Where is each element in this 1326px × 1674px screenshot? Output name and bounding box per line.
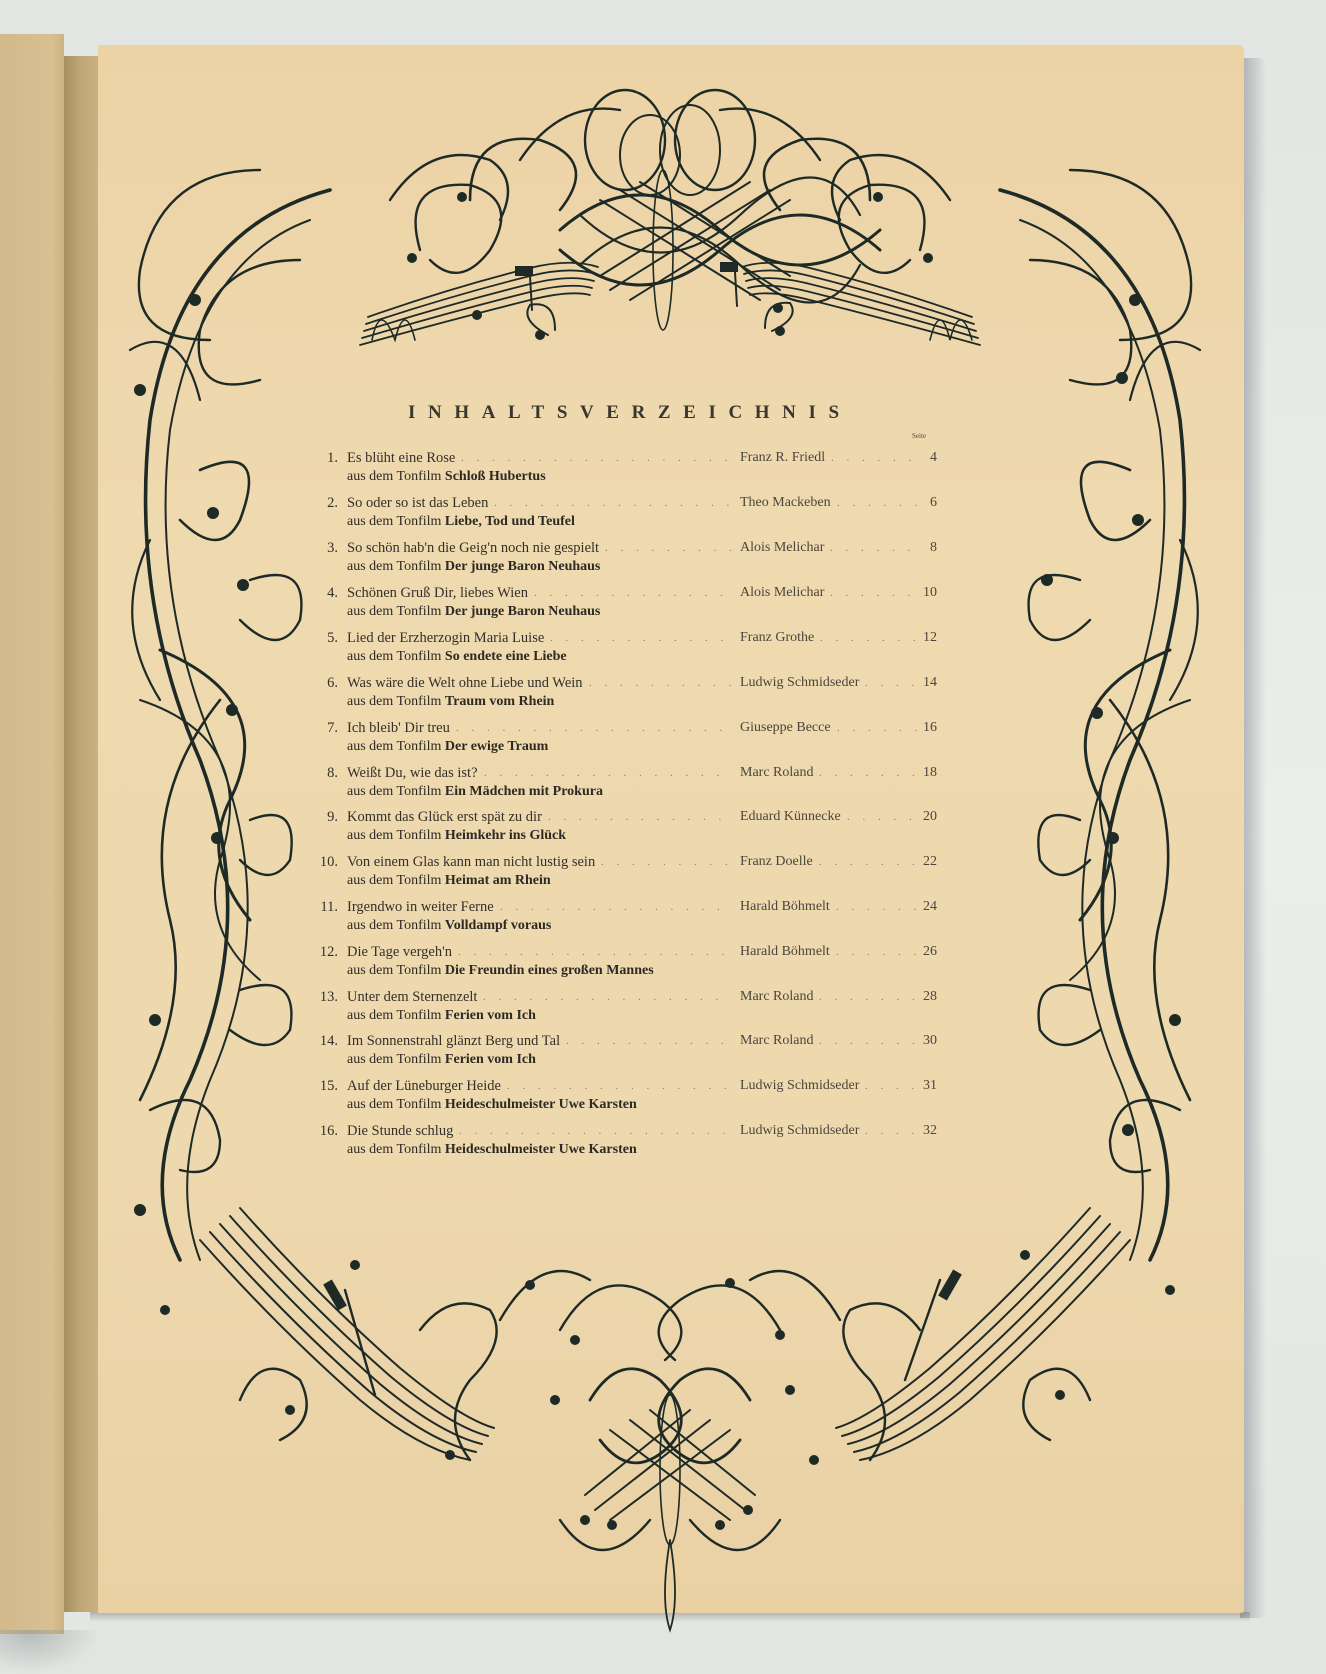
entry-title-line: Unter dem Sternenzelt . . . . . . . . . …: [347, 989, 947, 1007]
film-title: Die Freundin eines großen Mannes: [445, 963, 654, 978]
film-line: aus dem Tonfilm Heideschulmeister Uwe Ka…: [347, 1142, 637, 1158]
toc-entry[interactable]: 2. So oder so ist das Leben . . . . . . …: [300, 495, 960, 539]
song-title: Kommt das Glück erst spät zu dir: [347, 809, 542, 826]
leader-dots: . . . . . . . . . . . .: [819, 856, 917, 870]
leader-dots: . . . . . . . . . . . . . . . . . . . . …: [566, 1035, 732, 1049]
leader-dots: . . . . . . . . . . . . . . . . . . . . …: [507, 1080, 732, 1094]
leader-dots: . . . . . . . . . . . .: [836, 946, 917, 960]
entry-title-line: Was wäre die Welt ohne Liebe und Wein . …: [347, 675, 947, 693]
song-title: Lied der Erzherzogin Maria Luise: [347, 630, 544, 647]
page-number: 18: [923, 765, 937, 781]
film-prefix: aus dem Tonfilm: [347, 694, 441, 709]
film-line: aus dem Tonfilm Der junge Baron Neuhaus: [347, 604, 600, 620]
leader-dots: . . . . . . . . . . . .: [831, 452, 924, 466]
film-prefix: aus dem Tonfilm: [347, 873, 441, 888]
film-title: Ferien vom Ich: [445, 1052, 536, 1067]
leader-dots: . . . . . . . . . . . . . . . . . . . . …: [461, 452, 732, 466]
page-number: 26: [923, 944, 937, 960]
entry-title-line: Von einem Glas kann man nicht lustig sei…: [347, 854, 947, 872]
entry-number: 5.: [300, 630, 338, 647]
leader-dots: . . . . . . . . . . . . . . . . . . . . …: [484, 767, 732, 781]
page-number: 24: [923, 899, 937, 915]
toc-entry[interactable]: 13. Unter dem Sternenzelt . . . . . . . …: [300, 989, 960, 1033]
entry-title-line: Auf der Lüneburger Heide . . . . . . . .…: [347, 1078, 947, 1096]
composer-name: Ludwig Schmidseder: [740, 1078, 859, 1094]
page-number: 20: [923, 809, 937, 825]
film-title: Heimkehr ins Glück: [445, 828, 566, 843]
song-title: Auf der Lüneburger Heide: [347, 1078, 501, 1095]
film-prefix: aus dem Tonfilm: [347, 739, 441, 754]
entry-number: 16.: [300, 1123, 338, 1140]
composer-name: Ludwig Schmidseder: [740, 1123, 859, 1139]
film-title: Heimat am Rhein: [445, 873, 551, 888]
toc-entry[interactable]: 15. Auf der Lüneburger Heide . . . . . .…: [300, 1078, 960, 1122]
film-title: Volldampf voraus: [445, 918, 551, 933]
entry-title-line: Kommt das Glück erst spät zu dir . . . .…: [347, 809, 947, 827]
entry-number: 12.: [300, 944, 338, 961]
film-line: aus dem Tonfilm Der junge Baron Neuhaus: [347, 559, 600, 575]
film-line: aus dem Tonfilm Ferien vom Ich: [347, 1008, 536, 1024]
page-number: 28: [923, 989, 937, 1005]
composer-name: Ludwig Schmidseder: [740, 675, 859, 691]
leader-dots: . . . . . . . . . . . .: [830, 542, 924, 556]
leader-dots: . . . . . . . . . . . . . . . . . . . . …: [483, 991, 732, 1005]
entry-title-line: Ich bleib' Dir treu . . . . . . . . . . …: [347, 720, 947, 738]
song-title: So schön hab'n die Geig'n noch nie gespi…: [347, 540, 599, 557]
film-prefix: aus dem Tonfilm: [347, 1052, 441, 1067]
leader-dots: . . . . . . . . . . . .: [830, 587, 917, 601]
entry-number: 1.: [300, 450, 338, 467]
toc-entry[interactable]: 10. Von einem Glas kann man nicht lustig…: [300, 854, 960, 898]
film-line: aus dem Tonfilm Ein Mädchen mit Prokura: [347, 784, 603, 800]
film-title: Ein Mädchen mit Prokura: [445, 784, 603, 799]
entry-title-line: Weißt Du, wie das ist? . . . . . . . . .…: [347, 765, 947, 783]
toc-entry[interactable]: 8. Weißt Du, wie das ist? . . . . . . . …: [300, 765, 960, 809]
song-title: So oder so ist das Leben: [347, 495, 488, 512]
song-title: Weißt Du, wie das ist?: [347, 765, 478, 782]
toc-entry[interactable]: 16. Die Stunde schlug . . . . . . . . . …: [300, 1123, 960, 1167]
entry-title-line: Irgendwo in weiter Ferne . . . . . . . .…: [347, 899, 947, 917]
entry-title-line: Im Sonnenstrahl glänzt Berg und Tal . . …: [347, 1033, 947, 1051]
entry-number: 15.: [300, 1078, 338, 1095]
leader-dots: . . . . . . . . . . . .: [819, 1035, 917, 1049]
page-number: 8: [930, 540, 937, 556]
film-prefix: aus dem Tonfilm: [347, 1097, 441, 1112]
leader-dots: . . . . . . . . . . . . . . . . . . . . …: [458, 946, 732, 960]
composer-name: Franz Grothe: [740, 630, 814, 646]
leader-dots: . . . . . . . . . . . .: [819, 767, 917, 781]
left-page-shadow: [0, 1630, 100, 1674]
film-line: aus dem Tonfilm Heideschulmeister Uwe Ka…: [347, 1097, 637, 1113]
entry-number: 8.: [300, 765, 338, 782]
toc-entry[interactable]: 11. Irgendwo in weiter Ferne . . . . . .…: [300, 899, 960, 943]
page-number: 14: [923, 675, 937, 691]
film-line: aus dem Tonfilm Heimat am Rhein: [347, 873, 551, 889]
song-title: Die Tage vergeh'n: [347, 944, 452, 961]
leader-dots: . . . . . . . . . . . .: [865, 1125, 917, 1139]
leader-dots: . . . . . . . . . . . .: [865, 677, 917, 691]
film-prefix: aus dem Tonfilm: [347, 918, 441, 933]
leader-dots: . . . . . . . . . . . . . . . . . . . . …: [494, 497, 732, 511]
leader-dots: . . . . . . . . . . . . . . . . . . . . …: [605, 542, 732, 556]
song-title: Unter dem Sternenzelt: [347, 989, 477, 1006]
toc-entry[interactable]: 9. Kommt das Glück erst spät zu dir . . …: [300, 809, 960, 853]
entry-number: 14.: [300, 1033, 338, 1050]
film-line: aus dem Tonfilm Ferien vom Ich: [347, 1052, 536, 1068]
film-line: aus dem Tonfilm Heimkehr ins Glück: [347, 828, 566, 844]
leader-dots: . . . . . . . . . . . .: [847, 811, 917, 825]
film-prefix: aus dem Tonfilm: [347, 963, 441, 978]
page-title: INHALTSVERZEICHNIS: [408, 402, 852, 424]
film-prefix: aus dem Tonfilm: [347, 514, 441, 529]
leader-dots: . . . . . . . . . . . . . . . . . . . . …: [500, 901, 732, 915]
composer-name: Franz Doelle: [740, 854, 813, 870]
leader-dots: . . . . . . . . . . . . . . . . . . . . …: [589, 677, 732, 691]
film-prefix: aus dem Tonfilm: [347, 1142, 441, 1157]
page-number: 6: [930, 495, 937, 511]
entry-number: 7.: [300, 720, 338, 737]
leader-dots: . . . . . . . . . . . . . . . . . . . . …: [459, 1125, 732, 1139]
song-title: Was wäre die Welt ohne Liebe und Wein: [347, 675, 583, 692]
film-prefix: aus dem Tonfilm: [347, 604, 441, 619]
composer-name: Marc Roland: [740, 765, 813, 781]
leader-dots: . . . . . . . . . . . .: [820, 632, 917, 646]
film-line: aus dem Tonfilm Volldampf voraus: [347, 918, 551, 934]
film-line: aus dem Tonfilm Der ewige Traum: [347, 739, 548, 755]
film-title: Traum vom Rhein: [445, 694, 554, 709]
leader-dots: . . . . . . . . . . . .: [865, 1080, 917, 1094]
film-title: Heideschulmeister Uwe Karsten: [445, 1142, 637, 1157]
film-prefix: aus dem Tonfilm: [347, 469, 441, 484]
film-title: Der junge Baron Neuhaus: [445, 604, 600, 619]
entry-number: 10.: [300, 854, 338, 871]
film-prefix: aus dem Tonfilm: [347, 559, 441, 574]
film-prefix: aus dem Tonfilm: [347, 784, 441, 799]
leader-dots: . . . . . . . . . . . . . . . . . . . . …: [534, 587, 732, 601]
toc-entry[interactable]: 5. Lied der Erzherzogin Maria Luise . . …: [300, 630, 960, 674]
song-title: Irgendwo in weiter Ferne: [347, 899, 494, 916]
page-number: 32: [923, 1123, 937, 1139]
leader-dots: . . . . . . . . . . . . . . . . . . . . …: [601, 856, 732, 870]
left-page-edge: [0, 34, 64, 1634]
film-title: Ferien vom Ich: [445, 1008, 536, 1023]
film-prefix: aus dem Tonfilm: [347, 649, 441, 664]
page-number: 22: [923, 854, 937, 870]
entry-title-line: So oder so ist das Leben . . . . . . . .…: [347, 495, 947, 513]
composer-name: Theo Mackeben: [740, 495, 831, 511]
toc-entry[interactable]: 6. Was wäre die Welt ohne Liebe und Wein…: [300, 675, 960, 719]
entry-number: 6.: [300, 675, 338, 692]
toc-entry[interactable]: 4. Schönen Gruß Dir, liebes Wien . . . .…: [300, 585, 960, 629]
film-line: aus dem Tonfilm Traum vom Rhein: [347, 694, 554, 710]
entry-number: 9.: [300, 809, 338, 826]
film-prefix: aus dem Tonfilm: [347, 1008, 441, 1023]
film-title: Schloß Hubertus: [445, 469, 546, 484]
toc-entry[interactable]: 12. Die Tage vergeh'n . . . . . . . . . …: [300, 944, 960, 988]
page-number: 31: [923, 1078, 937, 1094]
page-number: 12: [923, 630, 937, 646]
composer-name: Harald Böhmelt: [740, 944, 830, 960]
leader-dots: . . . . . . . . . . . . . . . . . . . . …: [548, 811, 732, 825]
song-title: Ich bleib' Dir treu: [347, 720, 450, 737]
film-title: So endete eine Liebe: [445, 649, 567, 664]
song-title: Es blüht eine Rose: [347, 450, 455, 467]
film-line: aus dem Tonfilm So endete eine Liebe: [347, 649, 567, 665]
entry-number: 4.: [300, 585, 338, 602]
entry-number: 2.: [300, 495, 338, 512]
toc-entry[interactable]: 3. So schön hab'n die Geig'n noch nie ge…: [300, 540, 960, 584]
entry-title-line: Es blüht eine Rose . . . . . . . . . . .…: [347, 450, 947, 468]
film-line: aus dem Tonfilm Schloß Hubertus: [347, 469, 546, 485]
composer-name: Eduard Künnecke: [740, 809, 841, 825]
entry-number: 3.: [300, 540, 338, 557]
toc-entry[interactable]: 7. Ich bleib' Dir treu . . . . . . . . .…: [300, 720, 960, 764]
toc-entry[interactable]: 1. Es blüht eine Rose . . . . . . . . . …: [300, 450, 960, 494]
film-title: Heideschulmeister Uwe Karsten: [445, 1097, 637, 1112]
film-line: aus dem Tonfilm Liebe, Tod und Teufel: [347, 514, 575, 530]
entry-number: 13.: [300, 989, 338, 1006]
song-title: Von einem Glas kann man nicht lustig sei…: [347, 854, 595, 871]
page-shadow-bottom: [90, 1612, 1250, 1622]
song-title: Schönen Gruß Dir, liebes Wien: [347, 585, 528, 602]
composer-name: Alois Melichar: [740, 540, 824, 556]
page-number: 16: [923, 720, 937, 736]
composer-name: Alois Melichar: [740, 585, 824, 601]
composer-name: Marc Roland: [740, 989, 813, 1005]
book-spine: [64, 56, 100, 1612]
leader-dots: . . . . . . . . . . . .: [836, 901, 917, 915]
film-title: Der ewige Traum: [445, 739, 548, 754]
entry-title-line: Schönen Gruß Dir, liebes Wien . . . . . …: [347, 585, 947, 603]
page-number: 30: [923, 1033, 937, 1049]
film-title: Liebe, Tod und Teufel: [445, 514, 575, 529]
page-number: 10: [923, 585, 937, 601]
leader-dots: . . . . . . . . . . . .: [819, 991, 917, 1005]
toc-entry[interactable]: 14. Im Sonnenstrahl glänzt Berg und Tal …: [300, 1033, 960, 1077]
leader-dots: . . . . . . . . . . . . . . . . . . . . …: [456, 722, 732, 736]
leader-dots: . . . . . . . . . . . . . . . . . . . . …: [550, 632, 732, 646]
page-number: 4: [930, 450, 937, 466]
song-title: Die Stunde schlug: [347, 1123, 453, 1140]
song-title: Im Sonnenstrahl glänzt Berg und Tal: [347, 1033, 560, 1050]
composer-name: Franz R. Friedl: [740, 450, 825, 466]
film-title: Der junge Baron Neuhaus: [445, 559, 600, 574]
film-prefix: aus dem Tonfilm: [347, 828, 441, 843]
composer-name: Giuseppe Becce: [740, 720, 831, 736]
entry-number: 11.: [300, 899, 338, 916]
page-column-label: Seite: [912, 432, 926, 440]
composer-name: Marc Roland: [740, 1033, 813, 1049]
leader-dots: . . . . . . . . . . . .: [837, 497, 924, 511]
entry-title-line: So schön hab'n die Geig'n noch nie gespi…: [347, 540, 947, 558]
entry-title-line: Die Stunde schlug . . . . . . . . . . . …: [347, 1123, 947, 1141]
entry-title-line: Lied der Erzherzogin Maria Luise . . . .…: [347, 630, 947, 648]
film-line: aus dem Tonfilm Die Freundin eines große…: [347, 963, 654, 979]
leader-dots: . . . . . . . . . . . .: [837, 722, 917, 736]
composer-name: Harald Böhmelt: [740, 899, 830, 915]
entry-title-line: Die Tage vergeh'n . . . . . . . . . . . …: [347, 944, 947, 962]
